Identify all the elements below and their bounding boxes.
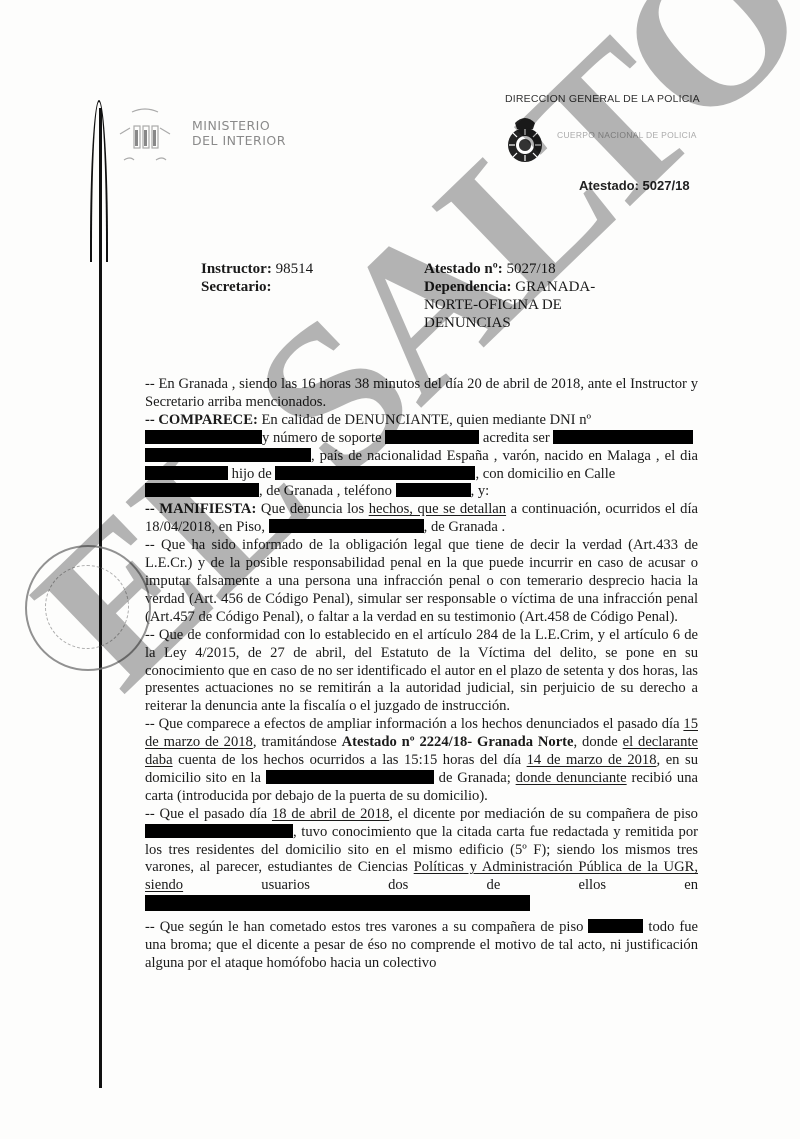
ministry-header: MINISTERIO DEL INTERIOR bbox=[110, 100, 310, 180]
ministry-line-2: DEL INTERIOR bbox=[192, 133, 286, 148]
paragraph-ampliar: -- Que comparece a efectos de ampliar in… bbox=[145, 716, 698, 806]
text: , donde bbox=[574, 734, 623, 750]
redaction bbox=[145, 448, 311, 462]
secretario-label: Secretario: bbox=[201, 279, 272, 295]
paragraph-opening: -- En Granada , siendo las 16 horas 38 m… bbox=[145, 376, 698, 412]
declaration-body: -- En Granada , siendo las 16 horas 38 m… bbox=[145, 376, 698, 973]
text: , y: bbox=[471, 483, 490, 499]
redaction bbox=[145, 824, 293, 838]
redaction bbox=[145, 483, 259, 497]
text: , el dicente por mediación de su compañe… bbox=[389, 806, 698, 822]
redaction bbox=[145, 430, 262, 444]
text: , país de nacionalidad España , varón, n… bbox=[311, 448, 698, 464]
redaction bbox=[588, 919, 643, 933]
ministry-line-1: MINISTERIO bbox=[192, 118, 286, 133]
atestado-block: Atestado nº: 5027/18 Dependencia: GRANAD… bbox=[424, 260, 634, 332]
dependencia-value-2: NORTE-OFICINA DE bbox=[424, 296, 634, 314]
spain-coat-of-arms-icon bbox=[110, 104, 180, 174]
redaction bbox=[145, 466, 228, 480]
atestado-reference: Atestado nº 2224/18- Granada Norte bbox=[342, 734, 574, 750]
paragraph-comparece: -- COMPARECE: En calidad de DENUNCIANTE,… bbox=[145, 412, 698, 502]
text: acredita ser bbox=[479, 430, 553, 446]
redaction bbox=[396, 483, 471, 497]
text: -- Que según le han cometado estos tres … bbox=[145, 919, 588, 935]
atestado-number-top: Atestado: 5027/18 bbox=[579, 178, 690, 193]
text: de Granada; bbox=[434, 770, 516, 786]
text: , de Granada , teléfono bbox=[259, 483, 396, 499]
cuerpo-nacional: CUERPO NACIONAL DE POLICIA bbox=[557, 130, 697, 140]
instructor-label: Instructor: bbox=[201, 261, 272, 277]
text: hijo de bbox=[228, 466, 275, 482]
direccion-general: DIRECCION GENERAL DE LA POLICIA bbox=[505, 93, 705, 105]
paragraph-broma: -- Que según le han cometado estos tres … bbox=[145, 919, 698, 973]
comparece-label: -- COMPARECE: bbox=[145, 412, 258, 428]
text: donde denunciante bbox=[516, 770, 627, 786]
text: -- Que el pasado día bbox=[145, 806, 272, 822]
paragraph-obligacion: -- Que ha sido informado de la obligació… bbox=[145, 537, 698, 627]
police-header: DIRECCION GENERAL DE LA POLICIA CUERPO N… bbox=[505, 93, 705, 105]
text: , con domicilio en Calle bbox=[475, 466, 615, 482]
redaction bbox=[266, 770, 434, 784]
atestado-value: 5027/18 bbox=[506, 261, 555, 277]
redaction bbox=[385, 430, 479, 444]
text: En calidad de DENUNCIANTE, quien mediant… bbox=[258, 412, 591, 428]
police-stamp: JEFATURA SUPERIOR DE POLICIA DE ANDALUCI… bbox=[25, 545, 151, 671]
instructor-value: 98514 bbox=[276, 261, 314, 277]
dependencia-value: GRANADA- bbox=[515, 279, 595, 295]
text: 18 de abril de 2018 bbox=[272, 806, 389, 822]
text: hechos, que se detallan bbox=[369, 501, 506, 517]
text: 14 de marzo de 2018 bbox=[527, 752, 657, 768]
text: y número de soporte bbox=[262, 430, 385, 446]
instructor-block: Instructor: 98514 Secretario: bbox=[201, 260, 313, 296]
text: , tramitándose bbox=[253, 734, 342, 750]
text: usuarios dos de ellos en bbox=[183, 877, 698, 893]
redaction bbox=[553, 430, 693, 444]
text: cuenta de los hechos ocurridos a las 15:… bbox=[173, 752, 527, 768]
stamp-inner-ring bbox=[45, 565, 129, 649]
paragraph-conocimiento: -- Que el pasado día 18 de abril de 2018… bbox=[145, 806, 698, 915]
paragraph-manifiesta: -- MANIFIESTA: Que denuncia los hechos, … bbox=[145, 501, 698, 537]
redaction bbox=[275, 466, 475, 480]
ministry-name: MINISTERIO DEL INTERIOR bbox=[192, 118, 286, 148]
text: , de Granada . bbox=[424, 519, 505, 535]
atestado-label: Atestado nº: bbox=[424, 261, 503, 277]
dependencia-value-3: DENUNCIAS bbox=[424, 314, 634, 332]
manifiesta-label: -- MANIFIESTA: bbox=[145, 501, 256, 517]
redaction bbox=[145, 895, 530, 911]
paragraph-conformidad: -- Que de conformidad con lo establecido… bbox=[145, 627, 698, 717]
text: Que denuncia los bbox=[256, 501, 368, 517]
dependencia-label: Dependencia: bbox=[424, 279, 512, 295]
redaction bbox=[269, 519, 424, 533]
national-police-badge-icon bbox=[505, 113, 545, 165]
text: -- Que comparece a efectos de ampliar in… bbox=[145, 716, 683, 732]
